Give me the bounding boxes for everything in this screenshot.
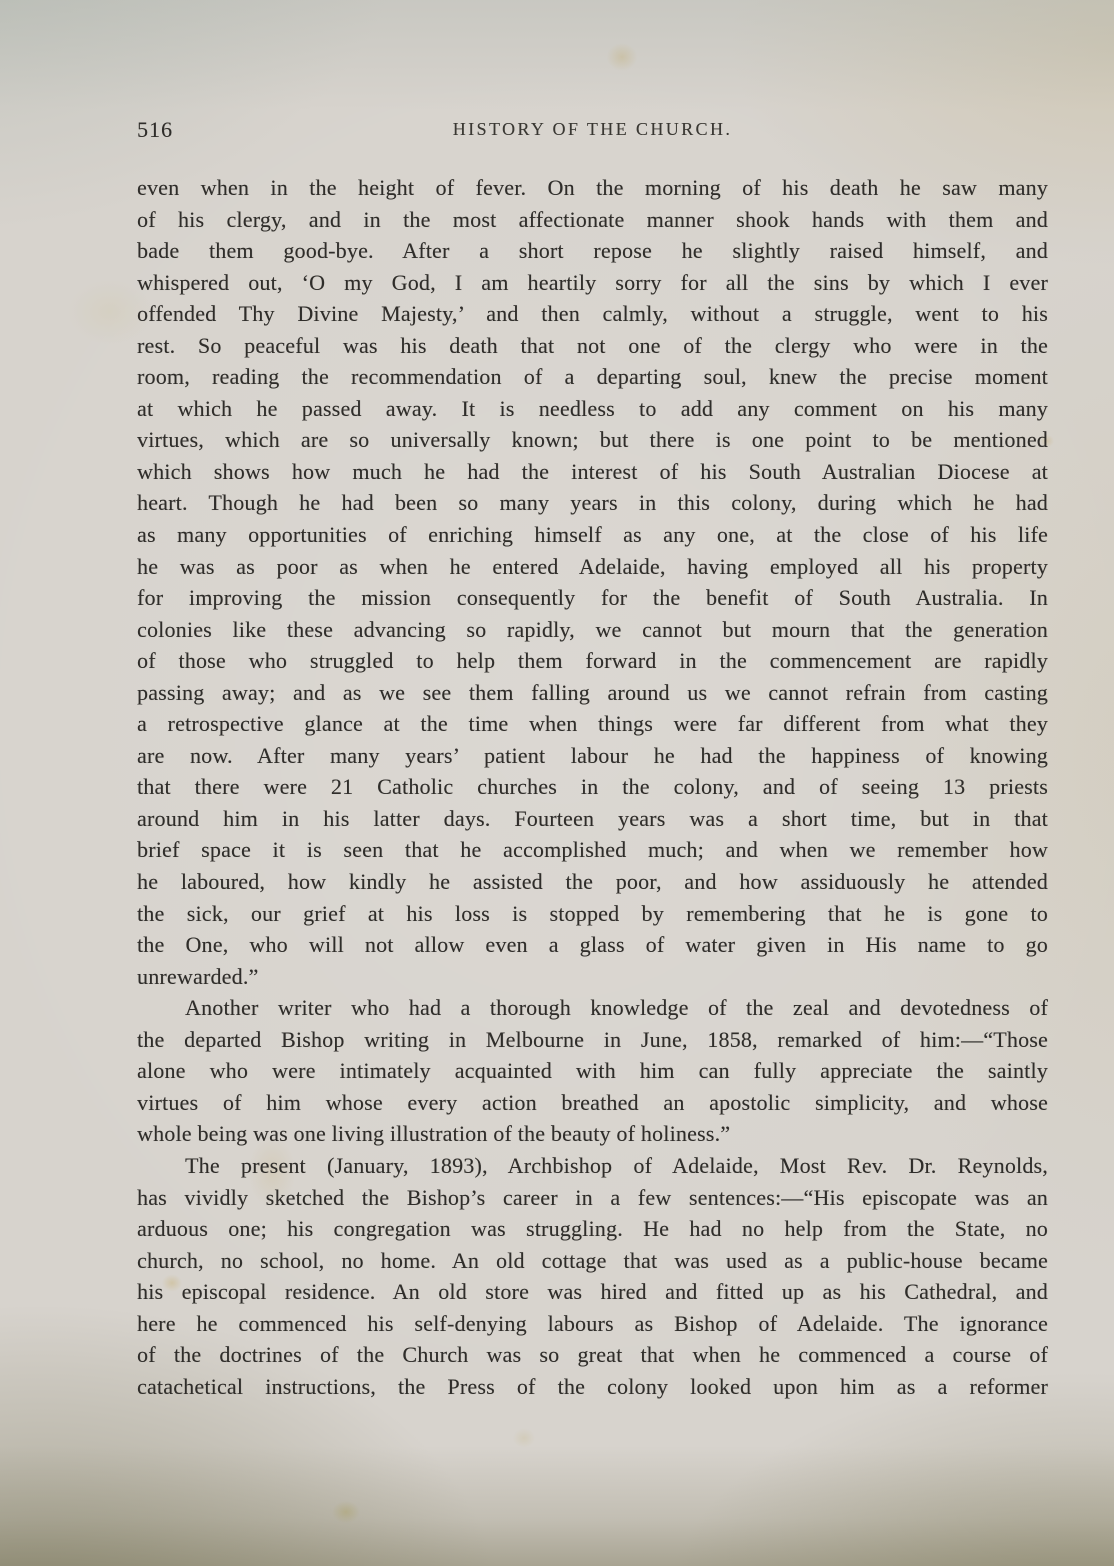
text-line: virtues, which are so universally known;… [137,424,1048,456]
text-line: the departed Bishop writing in Melbourne… [137,1024,1048,1056]
text-line: room, reading the recommendation of a de… [137,361,1048,393]
text-line: of the doctrines of the Church was so gr… [137,1339,1048,1371]
text-line: even when in the height of fever. On the… [137,172,1048,204]
text-line: the One, who will not allow even a glass… [137,929,1048,961]
text-line: for improving the mission consequently f… [137,582,1048,614]
text-line: virtues of him whose every action breath… [137,1087,1048,1119]
text-line: he laboured, how kindly he assisted the … [137,866,1048,898]
text-line: rest. So peaceful was his death that not… [137,330,1048,362]
text-line: whispered out, ‘O my God, I am heartily … [137,267,1048,299]
text-line: of those who struggled to help them forw… [137,645,1048,677]
text-line: the sick, our grief at his loss is stopp… [137,898,1048,930]
text-line: catachetical instructions, the Press of … [137,1371,1048,1403]
text-line: he was as poor as when he entered Adelai… [137,551,1048,583]
text-line: unrewarded.” [137,961,1048,993]
text-line: colonies like these advancing so rapidly… [137,614,1048,646]
text-line: Another writer who had a thorough knowle… [137,992,1048,1024]
text-line: offended Thy Divine Majesty,’ and then c… [137,298,1048,330]
text-line: that there were 21 Catholic churches in … [137,771,1048,803]
text-line: here he commenced his self-denying labou… [137,1308,1048,1340]
page-number: 516 [137,117,173,143]
text-line: which shows how much he had the interest… [137,456,1048,488]
text-line: of his clergy, and in the most affection… [137,204,1048,236]
text-line: around him in his latter days. Fourteen … [137,803,1048,835]
text-line: are now. After many years’ patient labou… [137,740,1048,772]
book-page-scan: 516 HISTORY OF THE CHURCH. even when in … [0,0,1114,1566]
text-line: arduous one; his congregation was strugg… [137,1213,1048,1245]
running-title: HISTORY OF THE CHURCH. [137,117,1048,140]
text-line: passing away; and as we see them falling… [137,677,1048,709]
text-line: has vividly sketched the Bishop’s career… [137,1182,1048,1214]
text-line: at which he passed away. It is needless … [137,393,1048,425]
text-line: alone who were intimately acquainted wit… [137,1055,1048,1087]
text-line: bade them good-bye. After a short repose… [137,235,1048,267]
text-line: whole being was one living illustration … [137,1118,1048,1150]
text-line: as many opportunities of enriching himse… [137,519,1048,551]
text-line: his episcopal residence. An old store wa… [137,1276,1048,1308]
text-line: church, no school, no home. An old cotta… [137,1245,1048,1277]
text-line: brief space it is seen that he accomplis… [137,834,1048,866]
text-line: a retrospective glance at the time when … [137,708,1048,740]
body-text: even when in the height of fever. On the… [137,172,1048,1402]
page-header: 516 HISTORY OF THE CHURCH. [137,117,1048,145]
text-line: The present (January, 1893), Archbishop … [137,1150,1048,1182]
text-line: heart. Though he had been so many years … [137,487,1048,519]
